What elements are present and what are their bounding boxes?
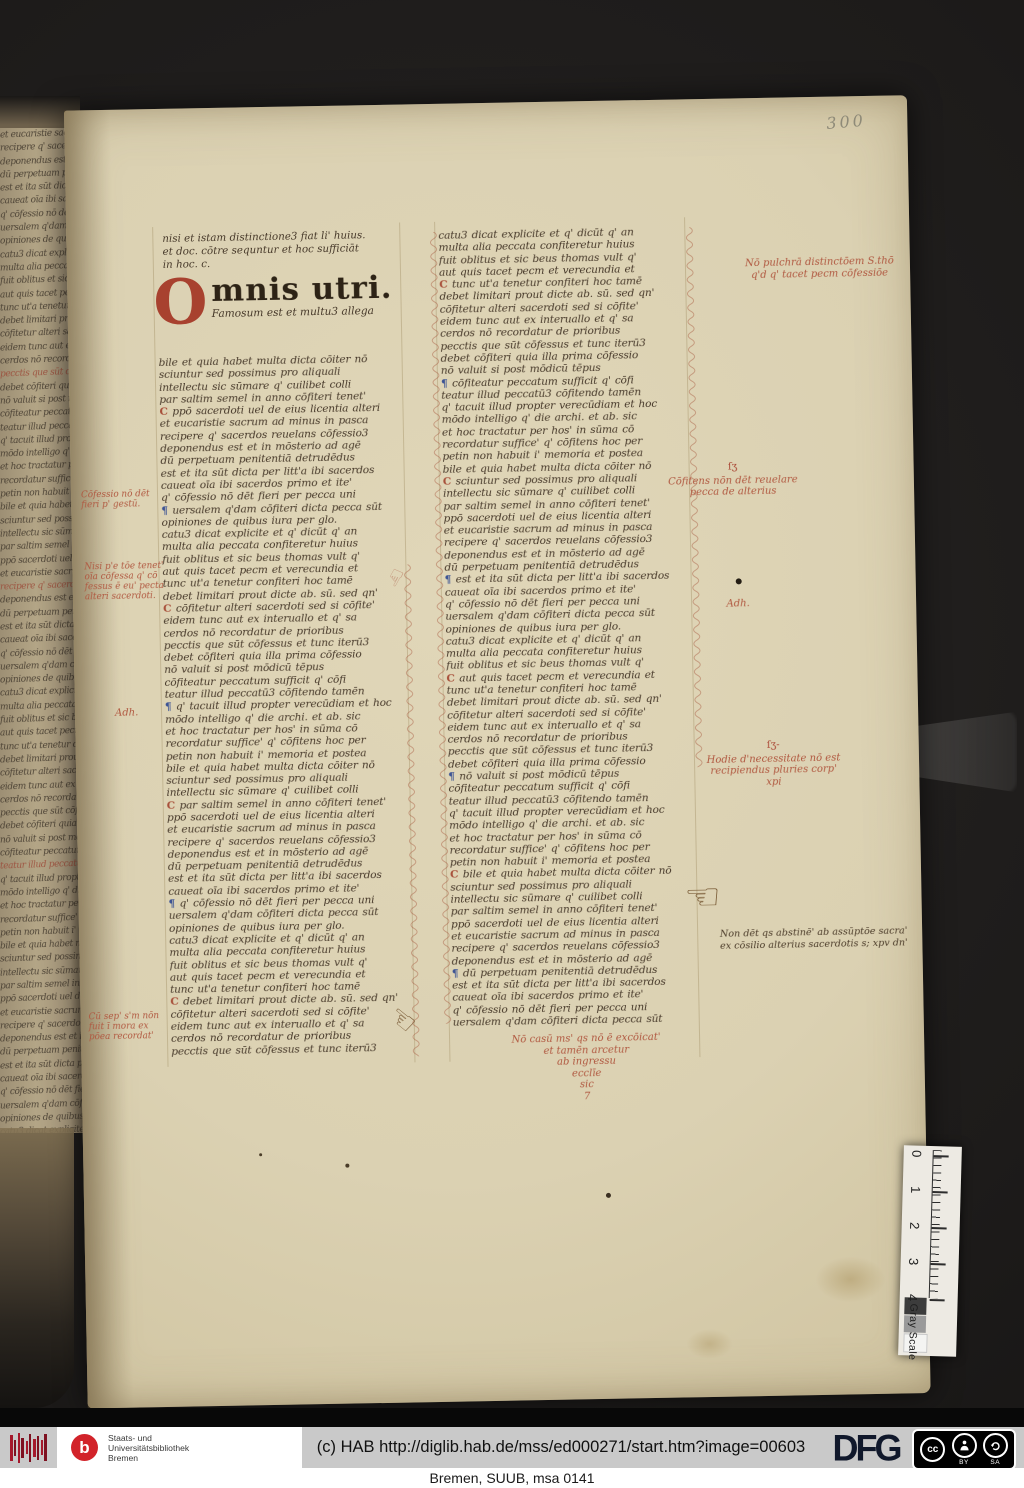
manuscript-page: 300 nisi et istam distinctione3 fiat li'… (64, 95, 931, 1408)
ruler-number: 4 (905, 1294, 920, 1308)
margin-note-rubric: Nō casū ms' qs nō ē excōicat'et tamēn ar… (481, 1031, 692, 1104)
margin-note-rubric: Nisi p'e tōe tenet'oīa cōfessa q' cōfess… (84, 561, 167, 602)
parchment-stain (686, 1329, 733, 1360)
library-barcode-logo (0, 1427, 57, 1468)
ruler-number: 2 (907, 1222, 922, 1236)
footer-gap (0, 1408, 1024, 1427)
person-icon (952, 1433, 977, 1458)
credit-url: (c) HAB http://diglib.hab.de/mss/ed00027… (302, 1427, 820, 1468)
grayscale-label: Gray Scale (906, 1303, 920, 1360)
margin-note-rubric: Cū sep' s'm nōnfuit ī mora expōea record… (89, 1011, 172, 1042)
ruler-number: 0 (909, 1150, 924, 1164)
cc-license-badge: cc BY SA (912, 1429, 1016, 1470)
cc-icon: cc (920, 1437, 945, 1462)
margin-note-rubric: ſʒ-Hodie d'necessitate nō estrecipiendus… (676, 738, 872, 790)
incipit-text: mnis utri. (153, 270, 404, 309)
margin-note-rubric: Cōfessio nō dētfieri p' gestū. (81, 489, 161, 510)
cc-sa-icon: SA (983, 1433, 1008, 1466)
dfg-logo: DFG (820, 1426, 912, 1469)
shelfmark-caption: Bremen, SUUB, msa 0141 (0, 1468, 1024, 1488)
cc-circle: cc (920, 1437, 945, 1462)
margin-note-rubric: ſʒCōfitens nōn dēt reuelarepecca de alte… (643, 460, 824, 500)
incipit-heading: O mnis utri. Famosum est et multu3 alleg… (153, 270, 404, 355)
parchment-stain (815, 1256, 886, 1303)
margin-note-rubric: Nō pulchrā distinctōem S.thōq'd q' tacet… (727, 255, 912, 281)
library-name-line3: Bremen (108, 1453, 189, 1463)
library-identity: b Staats- und Universitätsbibliothek Bre… (57, 1427, 302, 1468)
folio-number: 300 (826, 111, 867, 133)
ink-speck (606, 1193, 611, 1198)
share-alike-icon (983, 1433, 1008, 1458)
book-edge-bottom (0, 1128, 74, 1408)
photograph-background: et eucaristie sacrum ad minus in pascare… (0, 0, 1024, 1488)
library-name-line2: Universitätsbibliothek (108, 1443, 189, 1453)
margin-note-rubric: Adh. (718, 598, 758, 610)
ink-speck (345, 1164, 349, 1168)
library-name-line1: Staats- und (108, 1433, 189, 1443)
margin-note-rubric: Adh. (115, 707, 155, 719)
manicule-icon: ☜ (684, 877, 722, 919)
library-b-logo: b (71, 1434, 98, 1461)
ruler-number: 3 (906, 1258, 921, 1272)
text-column-2: catu3 dicat explicite et q' dicūt q' anm… (438, 225, 695, 1031)
cc-sa-label: SA (990, 1459, 1000, 1466)
ink-dot (736, 578, 742, 584)
margin-note-ink: Non dēt qs abstinē' ab assūptōe sacra'ex… (711, 925, 916, 952)
text-column-1: bile et quia habet multa dicta cōiter nō… (159, 353, 410, 1063)
footer-logo-bar: b Staats- und Universitätsbibliothek Bre… (0, 1427, 1024, 1468)
library-name: Staats- und Universitätsbibliothek Breme… (108, 1433, 189, 1463)
grayscale-ruler: Gray Scale 01234 (898, 1145, 962, 1357)
ruler-number: 1 (908, 1186, 923, 1200)
ink-speck (259, 1153, 262, 1156)
cc-by-icon: BY (952, 1433, 977, 1466)
cc-by-label: BY (959, 1459, 969, 1466)
